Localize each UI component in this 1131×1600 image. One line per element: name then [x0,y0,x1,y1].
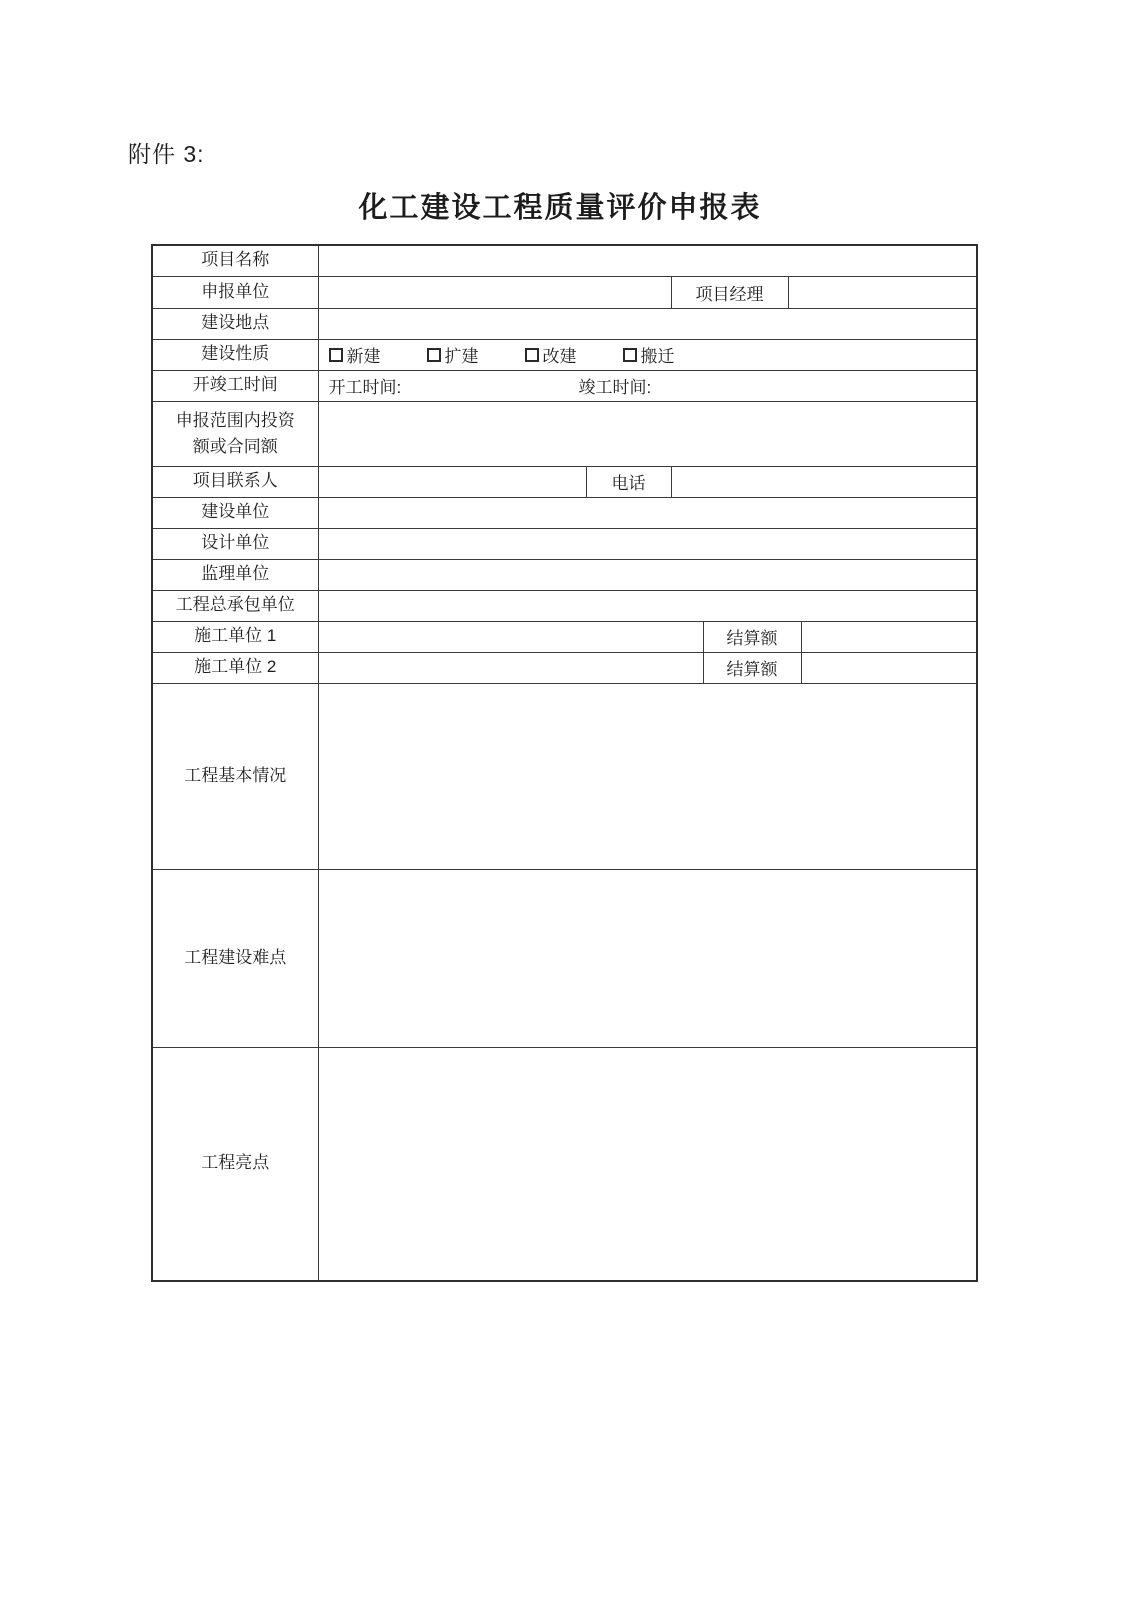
contractor2-settlement-value[interactable] [801,652,977,683]
contractor1-settlement-label: 结算额 [703,621,801,652]
applicant-unit-value[interactable] [318,276,671,308]
schedule-label: 开竣工时间 [152,370,318,401]
row-applicant-unit: 申报单位 项目经理 [152,276,977,308]
checkbox-option-label: 扩建 [445,342,479,367]
contractor1-settlement-value[interactable] [801,621,977,652]
checkbox-option-expand[interactable]: 扩建 [427,342,479,367]
epc-unit-label: 工程总承包单位 [152,590,318,621]
location-label: 建设地点 [152,308,318,339]
investment-label-line1: 申报范围内投资 [153,408,318,434]
project-name-label: 项目名称 [152,245,318,276]
contractor2-label: 施工单位 2 [152,652,318,683]
investment-label-line2: 额或合同额 [153,434,318,460]
row-epc-unit: 工程总承包单位 [152,590,977,621]
row-highlights: 工程亮点 [152,1047,977,1281]
page-title: 化工建设工程质量评价申报表 [0,185,1120,226]
contractor2-value[interactable] [318,652,703,683]
nature-options-cell: 新建 扩建 改建 搬迁 [318,339,977,370]
project-name-value[interactable] [318,245,977,276]
construction-unit-label: 建设单位 [152,497,318,528]
checkbox-option-new[interactable]: 新建 [329,342,381,367]
investment-value[interactable] [318,401,977,466]
checkbox-option-relocate[interactable]: 搬迁 [623,342,675,367]
project-manager-value[interactable] [788,276,977,308]
row-difficulties: 工程建设难点 [152,869,977,1047]
checkbox-option-label: 改建 [543,342,577,367]
contractor2-settlement-label: 结算额 [703,652,801,683]
form-table: 项目名称 申报单位 项目经理 建设地点 建设性质 新建 扩建 改建 搬迁 [151,244,978,1282]
checkbox-icon[interactable] [329,348,343,362]
row-project-name: 项目名称 [152,245,977,276]
construction-unit-value[interactable] [318,497,977,528]
row-supervision-unit: 监理单位 [152,559,977,590]
highlights-label: 工程亮点 [152,1047,318,1281]
row-contractor1: 施工单位 1 结算额 [152,621,977,652]
row-contractor2: 施工单位 2 结算额 [152,652,977,683]
checkbox-option-rebuild[interactable]: 改建 [525,342,577,367]
design-unit-value[interactable] [318,528,977,559]
phone-label: 电话 [586,466,671,497]
start-date-label: 开工时间: [329,373,579,398]
attachment-label: 附件 3: [128,136,205,169]
contractor1-label: 施工单位 1 [152,621,318,652]
project-manager-label: 项目经理 [671,276,788,308]
row-nature: 建设性质 新建 扩建 改建 搬迁 [152,339,977,370]
schedule-cell[interactable]: 开工时间:竣工时间: [318,370,977,401]
row-location: 建设地点 [152,308,977,339]
design-unit-label: 设计单位 [152,528,318,559]
row-construction-unit: 建设单位 [152,497,977,528]
nature-label: 建设性质 [152,339,318,370]
applicant-unit-label: 申报单位 [152,276,318,308]
row-investment: 申报范围内投资 额或合同额 [152,401,977,466]
checkbox-icon[interactable] [427,348,441,362]
location-value[interactable] [318,308,977,339]
investment-label: 申报范围内投资 额或合同额 [152,401,318,466]
checkbox-icon[interactable] [525,348,539,362]
row-contact: 项目联系人 电话 [152,466,977,497]
basic-info-value[interactable] [318,683,977,869]
supervision-unit-label: 监理单位 [152,559,318,590]
difficulties-label: 工程建设难点 [152,869,318,1047]
highlights-value[interactable] [318,1047,977,1281]
end-date-label: 竣工时间: [579,378,652,397]
document-page: 附件 3: 化工建设工程质量评价申报表 项目名称 申报单位 项目经理 建设地点 … [0,0,1131,1600]
phone-value[interactable] [671,466,977,497]
difficulties-value[interactable] [318,869,977,1047]
contractor1-value[interactable] [318,621,703,652]
contact-label: 项目联系人 [152,466,318,497]
supervision-unit-value[interactable] [318,559,977,590]
checkbox-option-label: 新建 [347,342,381,367]
row-schedule: 开竣工时间 开工时间:竣工时间: [152,370,977,401]
checkbox-icon[interactable] [623,348,637,362]
row-basic-info: 工程基本情况 [152,683,977,869]
contact-value[interactable] [318,466,586,497]
epc-unit-value[interactable] [318,590,977,621]
basic-info-label: 工程基本情况 [152,683,318,869]
checkbox-option-label: 搬迁 [641,342,675,367]
row-design-unit: 设计单位 [152,528,977,559]
